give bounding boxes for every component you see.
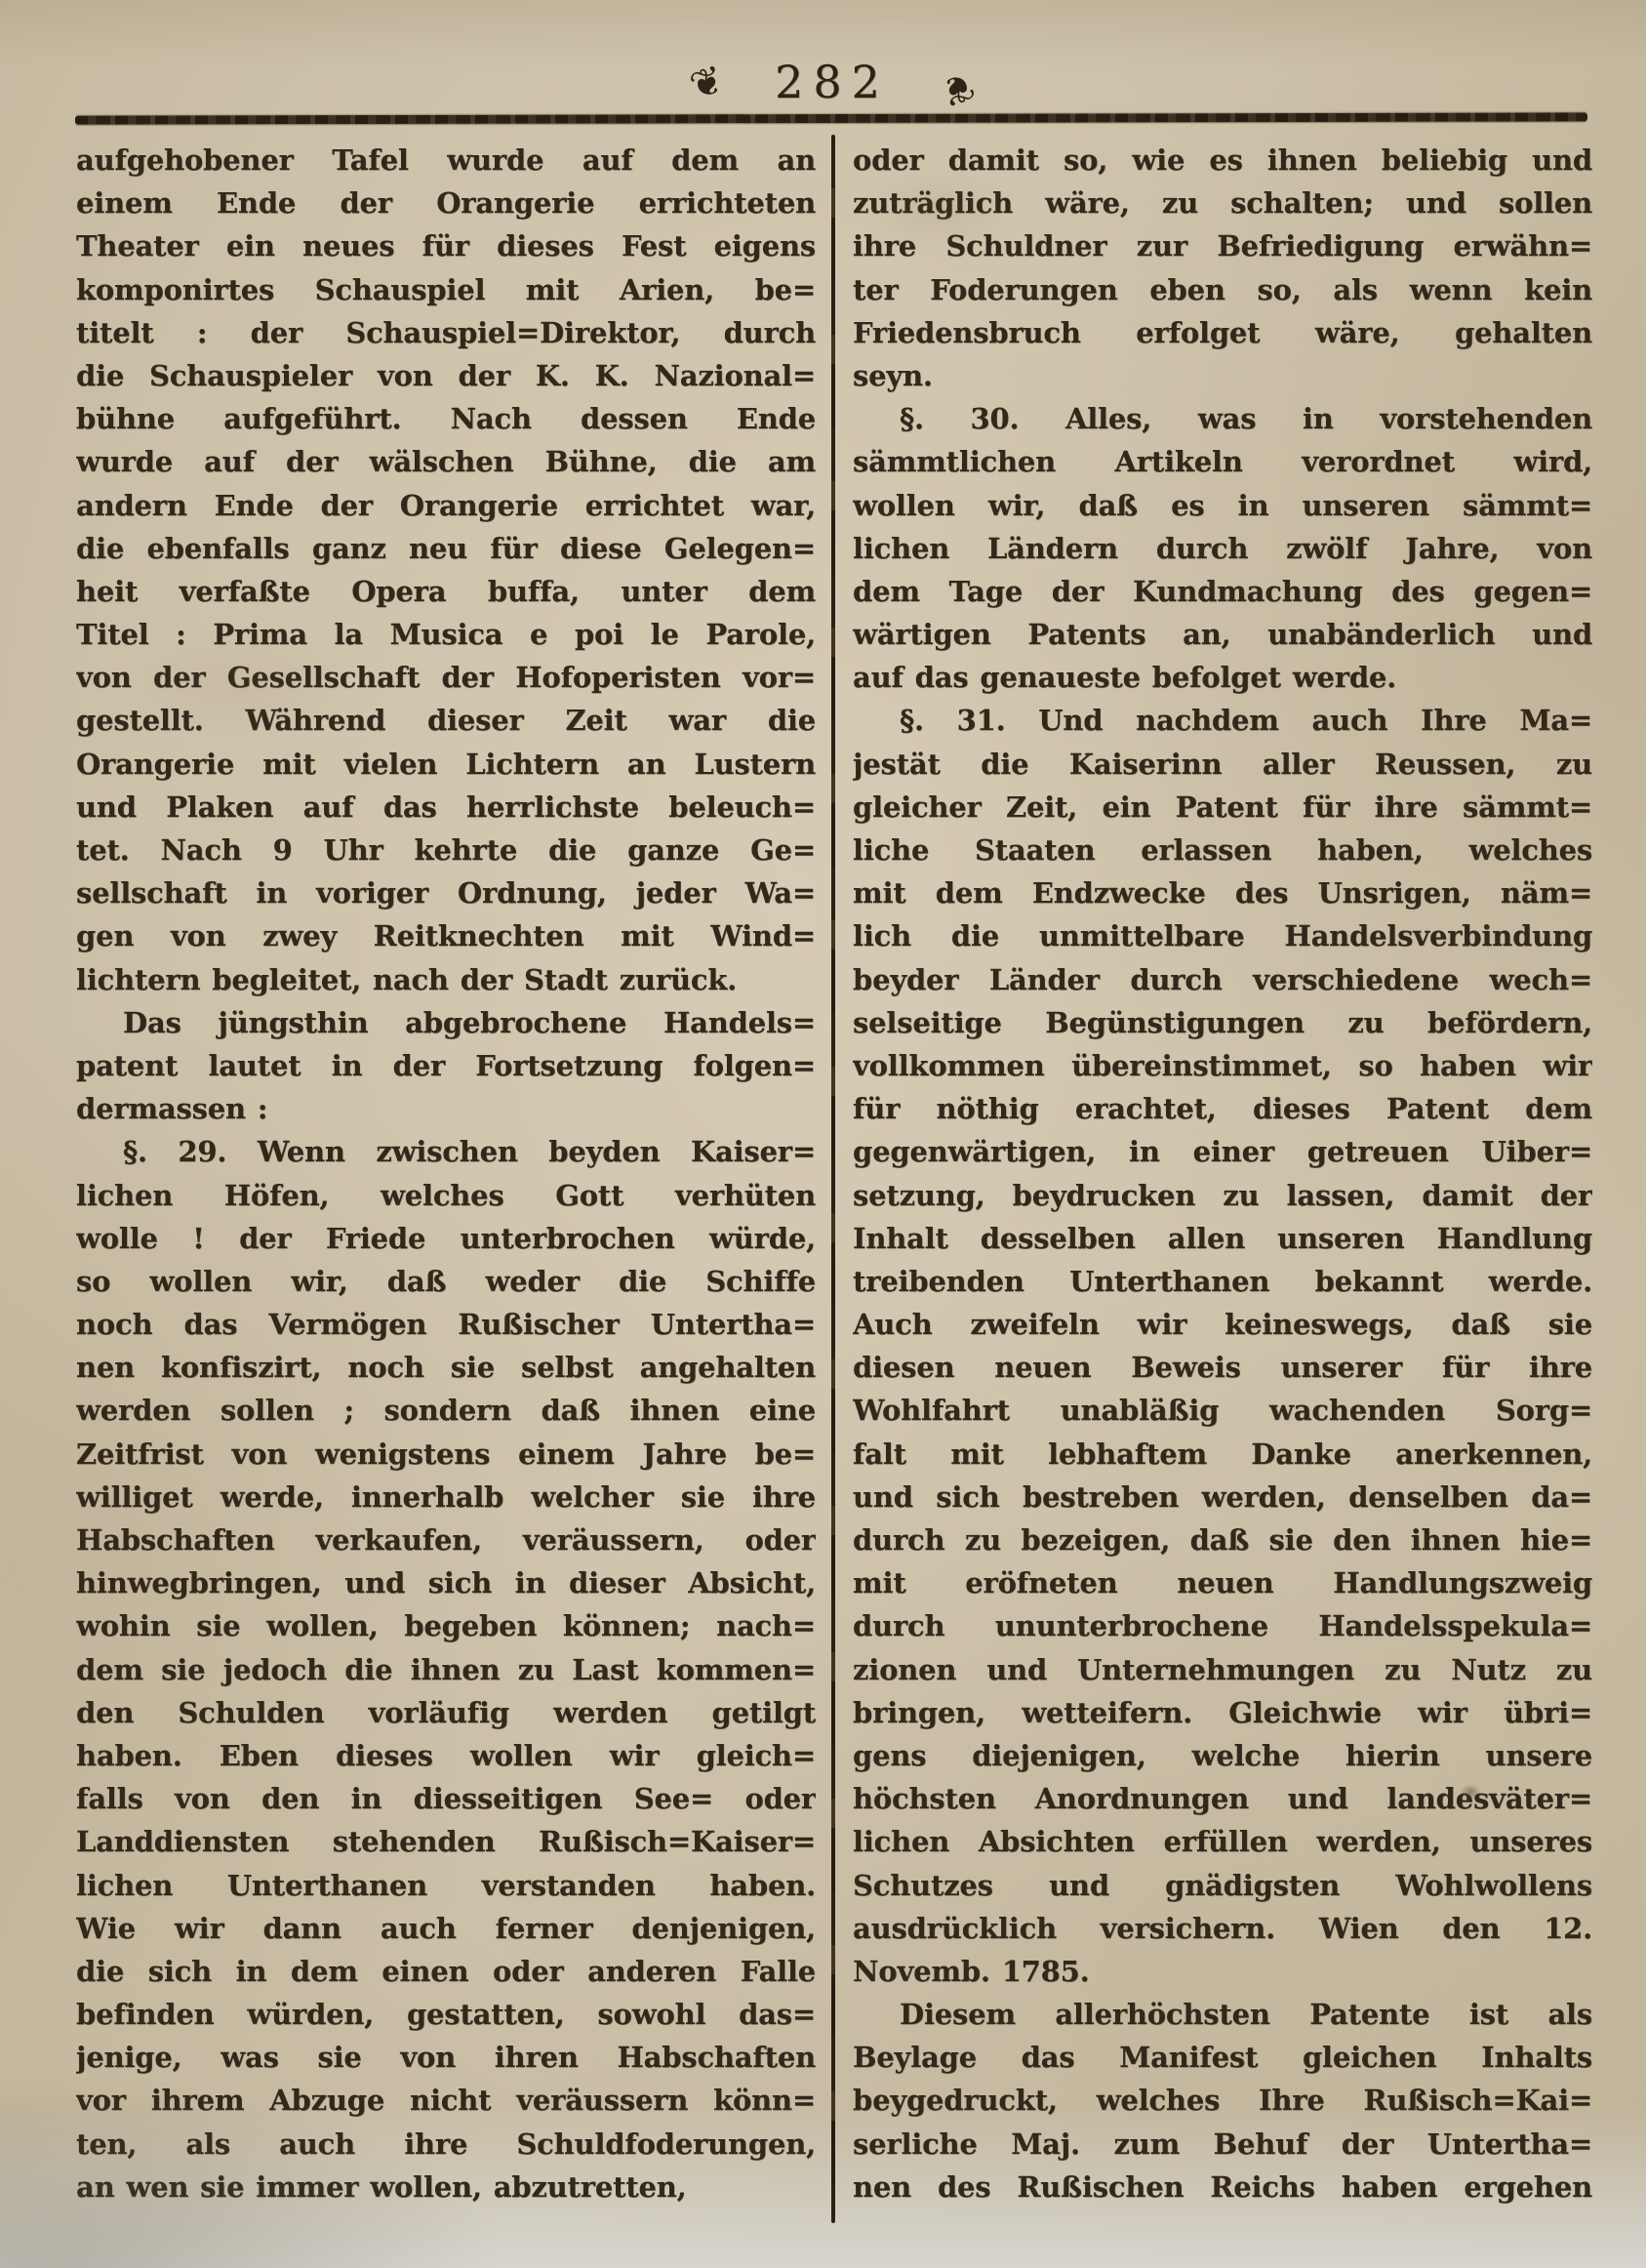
text-line: wurde auf der wälschen Bühne, die am (76, 440, 816, 483)
text-line: selseitige Begünstigungen zu befördern, (853, 1001, 1592, 1044)
text-line: jenige, was sie von ihren Habschaften (76, 2036, 816, 2079)
text-line: vollkommen übereinstimmet, so haben wir (853, 1044, 1592, 1087)
text-line: setzung, beydrucken zu lassen, damit der (853, 1174, 1592, 1217)
text-line: wohin sie wollen, begeben können; nach= (76, 1604, 816, 1647)
text-line: treibenden Unterthanen bekannt werde. (853, 1260, 1592, 1303)
text-line: gleicher Zeit, ein Patent für ihre sämmt… (853, 786, 1592, 829)
text-line: nen konfiszirt, noch sie selbst angehalt… (76, 1346, 816, 1389)
right-text-column: oder damit so, wie es ihnen beliebig und… (853, 139, 1592, 2208)
text-line: höchsten Anordnungen und landesväter= (853, 1777, 1592, 1820)
text-line: Landdiensten stehenden Rußisch=Kaiser= (76, 1820, 816, 1863)
text-line: nen des Rußischen Reichs haben ergehen (853, 2166, 1592, 2208)
text-line: diesen neuen Beweis unserer für ihre (853, 1346, 1592, 1389)
text-line: komponirtes Schauspiel mit Arien, be= (76, 268, 816, 311)
text-line: dermassen : (76, 1087, 816, 1130)
text-line: werden sollen ; sondern daß ihnen eine (76, 1389, 816, 1432)
text-line: Habschaften verkaufen, veräussern, oder (76, 1519, 816, 1561)
text-line: lichen Absichten erfüllen werden, unsere… (853, 1820, 1592, 1863)
text-line: bringen, wetteifern. Gleichwie wir übri= (853, 1691, 1592, 1734)
text-line: liche Staaten erlassen haben, welches (853, 829, 1592, 871)
text-line: und sich bestreben werden, denselben da= (853, 1476, 1592, 1519)
newspaper-page: { "page": { "number": "282", "left_ornam… (0, 0, 1646, 2268)
text-line: die sich in dem einen oder anderen Falle (76, 1950, 816, 1993)
left-text-column: aufgehobener Tafel wurde auf dem aneinem… (76, 139, 816, 2208)
text-line: dem sie jedoch die ihnen zu Last kommen= (76, 1648, 816, 1691)
text-line: andern Ende der Orangerie errichtet war, (76, 484, 816, 527)
text-line: gestellt. Während dieser Zeit war die (76, 699, 816, 742)
fleuron-left-icon: ❦ (682, 50, 731, 115)
text-line: Theater ein neues für dieses Fest eigens (76, 224, 816, 267)
text-line: Titel : Prima la Musica e poi le Parole, (76, 613, 816, 656)
text-line: oder damit so, wie es ihnen beliebig und (853, 139, 1592, 182)
text-line: wollen wir, daß es in unseren sämmt= (853, 484, 1592, 527)
text-line: vor ihrem Abzuge nicht veräussern könn= (76, 2079, 816, 2122)
text-line: von der Gesellschaft der Hofoperisten vo… (76, 656, 816, 699)
text-line: heit verfaßte Opera buffa, unter dem (76, 570, 816, 613)
text-line: falls von den in diesseitigen See= oder (76, 1777, 816, 1820)
text-line: lichtern begleitet, nach der Stadt zurüc… (76, 958, 816, 1001)
text-line: Das jüngsthin abgebrochene Handels= (76, 1001, 816, 1044)
text-line: ihre Schuldner zur Befriedigung erwähn= (853, 224, 1592, 267)
column-divider-rule (831, 135, 835, 2223)
text-line: ten, als auch ihre Schuldfoderungen, (76, 2123, 816, 2166)
text-line: zionen und Unternehmungen zu Nutz zu (853, 1648, 1592, 1691)
text-line: sellschaft in voriger Ordnung, jeder Wa= (76, 871, 816, 914)
text-line: für nöthig erachtet, dieses Patent dem (853, 1087, 1592, 1130)
text-line: dem Tage der Kundmachung des gegen= (853, 570, 1592, 613)
text-line: sämmtlichen Artikeln verordnet wird, (853, 440, 1592, 483)
text-line: ter Foderungen eben so, als wenn kein (853, 268, 1592, 311)
text-line: an wen sie immer wollen, abzutretten, (76, 2166, 816, 2208)
text-line: williget werde, innerhalb welcher sie ih… (76, 1476, 816, 1519)
text-line: auf das genaueste befolget werde. (853, 656, 1592, 699)
text-line: die Schauspieler von der K. K. Nazional= (76, 354, 816, 397)
header-rule (75, 112, 1587, 124)
text-line: durch ununterbrochene Handelsspekula= (853, 1604, 1592, 1647)
page-number: 282 (775, 53, 890, 111)
text-line: Wohlfahrt unabläßig wachenden Sorg= (853, 1389, 1592, 1432)
text-line: falt mit lebhaftem Danke anerkennen, (853, 1433, 1592, 1476)
text-line: befinden würden, gestatten, sowohl das= (76, 1993, 816, 2036)
text-line: durch zu bezeigen, daß sie den ihnen hie… (853, 1519, 1592, 1561)
text-line: wolle ! der Friede unterbrochen würde, (76, 1217, 816, 1260)
text-line: Diesem allerhöchsten Patente ist als (853, 1993, 1592, 2036)
text-line: gens diejenigen, welche hierin unsere (853, 1734, 1592, 1777)
text-line: mit eröfneten neuen Handlungszweig (853, 1561, 1592, 1604)
text-line: Beylage das Manifest gleichen Inhalts (853, 2036, 1592, 2079)
text-line: lichen Höfen, welches Gott verhüten (76, 1174, 816, 1217)
fleuron-right-icon: ❦ (932, 55, 983, 121)
text-line: die ebenfalls ganz neu für diese Gelegen… (76, 527, 816, 570)
text-line: bühne aufgeführt. Nach dessen Ende (76, 397, 816, 440)
text-line: lichen Ländern durch zwölf Jahre, von (853, 527, 1592, 570)
text-line: seyn. (853, 354, 1592, 397)
text-line: gen von zwey Reitknechten mit Wind= (76, 914, 816, 957)
text-line: haben. Eben dieses wollen wir gleich= (76, 1734, 816, 1777)
text-line: lichen Unterthanen verstanden haben. (76, 1864, 816, 1907)
text-line: so wollen wir, daß weder die Schiffe (76, 1260, 816, 1303)
text-line: einem Ende der Orangerie errichteten (76, 182, 816, 224)
text-line: ausdrücklich versichern. Wien den 12. (853, 1907, 1592, 1950)
text-line: Zeitfrist von wenigstens einem Jahre be= (76, 1433, 816, 1476)
text-line: aufgehobener Tafel wurde auf dem an (76, 139, 816, 182)
text-line: Wie wir dann auch ferner denjenigen, (76, 1907, 816, 1950)
text-line: noch das Vermögen Rußischer Untertha= (76, 1303, 816, 1346)
text-line: und Plaken auf das herrlichste beleuch= (76, 786, 816, 829)
text-line: mit dem Endzwecke des Unsrigen, näm= (853, 871, 1592, 914)
text-line: Auch zweifeln wir keineswegs, daß sie (853, 1303, 1592, 1346)
text-line: Novemb. 1785. (853, 1950, 1592, 1993)
text-line: hinwegbringen, und sich in dieser Absich… (76, 1561, 816, 1604)
text-line: gegenwärtigen, in einer getreuen Uiber= (853, 1130, 1592, 1173)
text-line: titelt : der Schauspiel=Direktor, durch (76, 311, 816, 354)
text-line: §. 31. Und nachdem auch Ihre Ma= (853, 699, 1592, 742)
text-line: §. 30. Alles, was in vorstehenden (853, 397, 1592, 440)
text-line: Schutzes und gnädigsten Wohlwollens (853, 1864, 1592, 1907)
text-line: Friedensbruch erfolget wäre, gehalten (853, 311, 1592, 354)
text-line: §. 29. Wenn zwischen beyden Kaiser= (76, 1130, 816, 1173)
text-line: beyder Länder durch verschiedene wech= (853, 958, 1592, 1001)
text-line: jestät die Kaiserinn aller Reussen, zu (853, 743, 1592, 786)
text-line: wärtigen Patents an, unabänderlich und (853, 613, 1592, 656)
text-line: patent lautet in der Fortsetzung folgen= (76, 1044, 816, 1087)
text-line: Inhalt desselben allen unseren Handlung (853, 1217, 1592, 1260)
text-line: zuträglich wäre, zu schalten; und sollen (853, 182, 1592, 224)
text-line: tet. Nach 9 Uhr kehrte die ganze Ge= (76, 829, 816, 871)
text-line: Orangerie mit vielen Lichtern an Lustern (76, 743, 816, 786)
text-line: den Schulden vorläufig werden getilgt (76, 1691, 816, 1734)
page-header: ❦282❦ (73, 53, 1591, 111)
text-line: beygedruckt, welches Ihre Rußisch=Kai= (853, 2079, 1592, 2122)
text-line: serliche Maj. zum Behuf der Untertha= (853, 2123, 1592, 2166)
text-line: lich die unmittelbare Handelsverbindung (853, 914, 1592, 957)
